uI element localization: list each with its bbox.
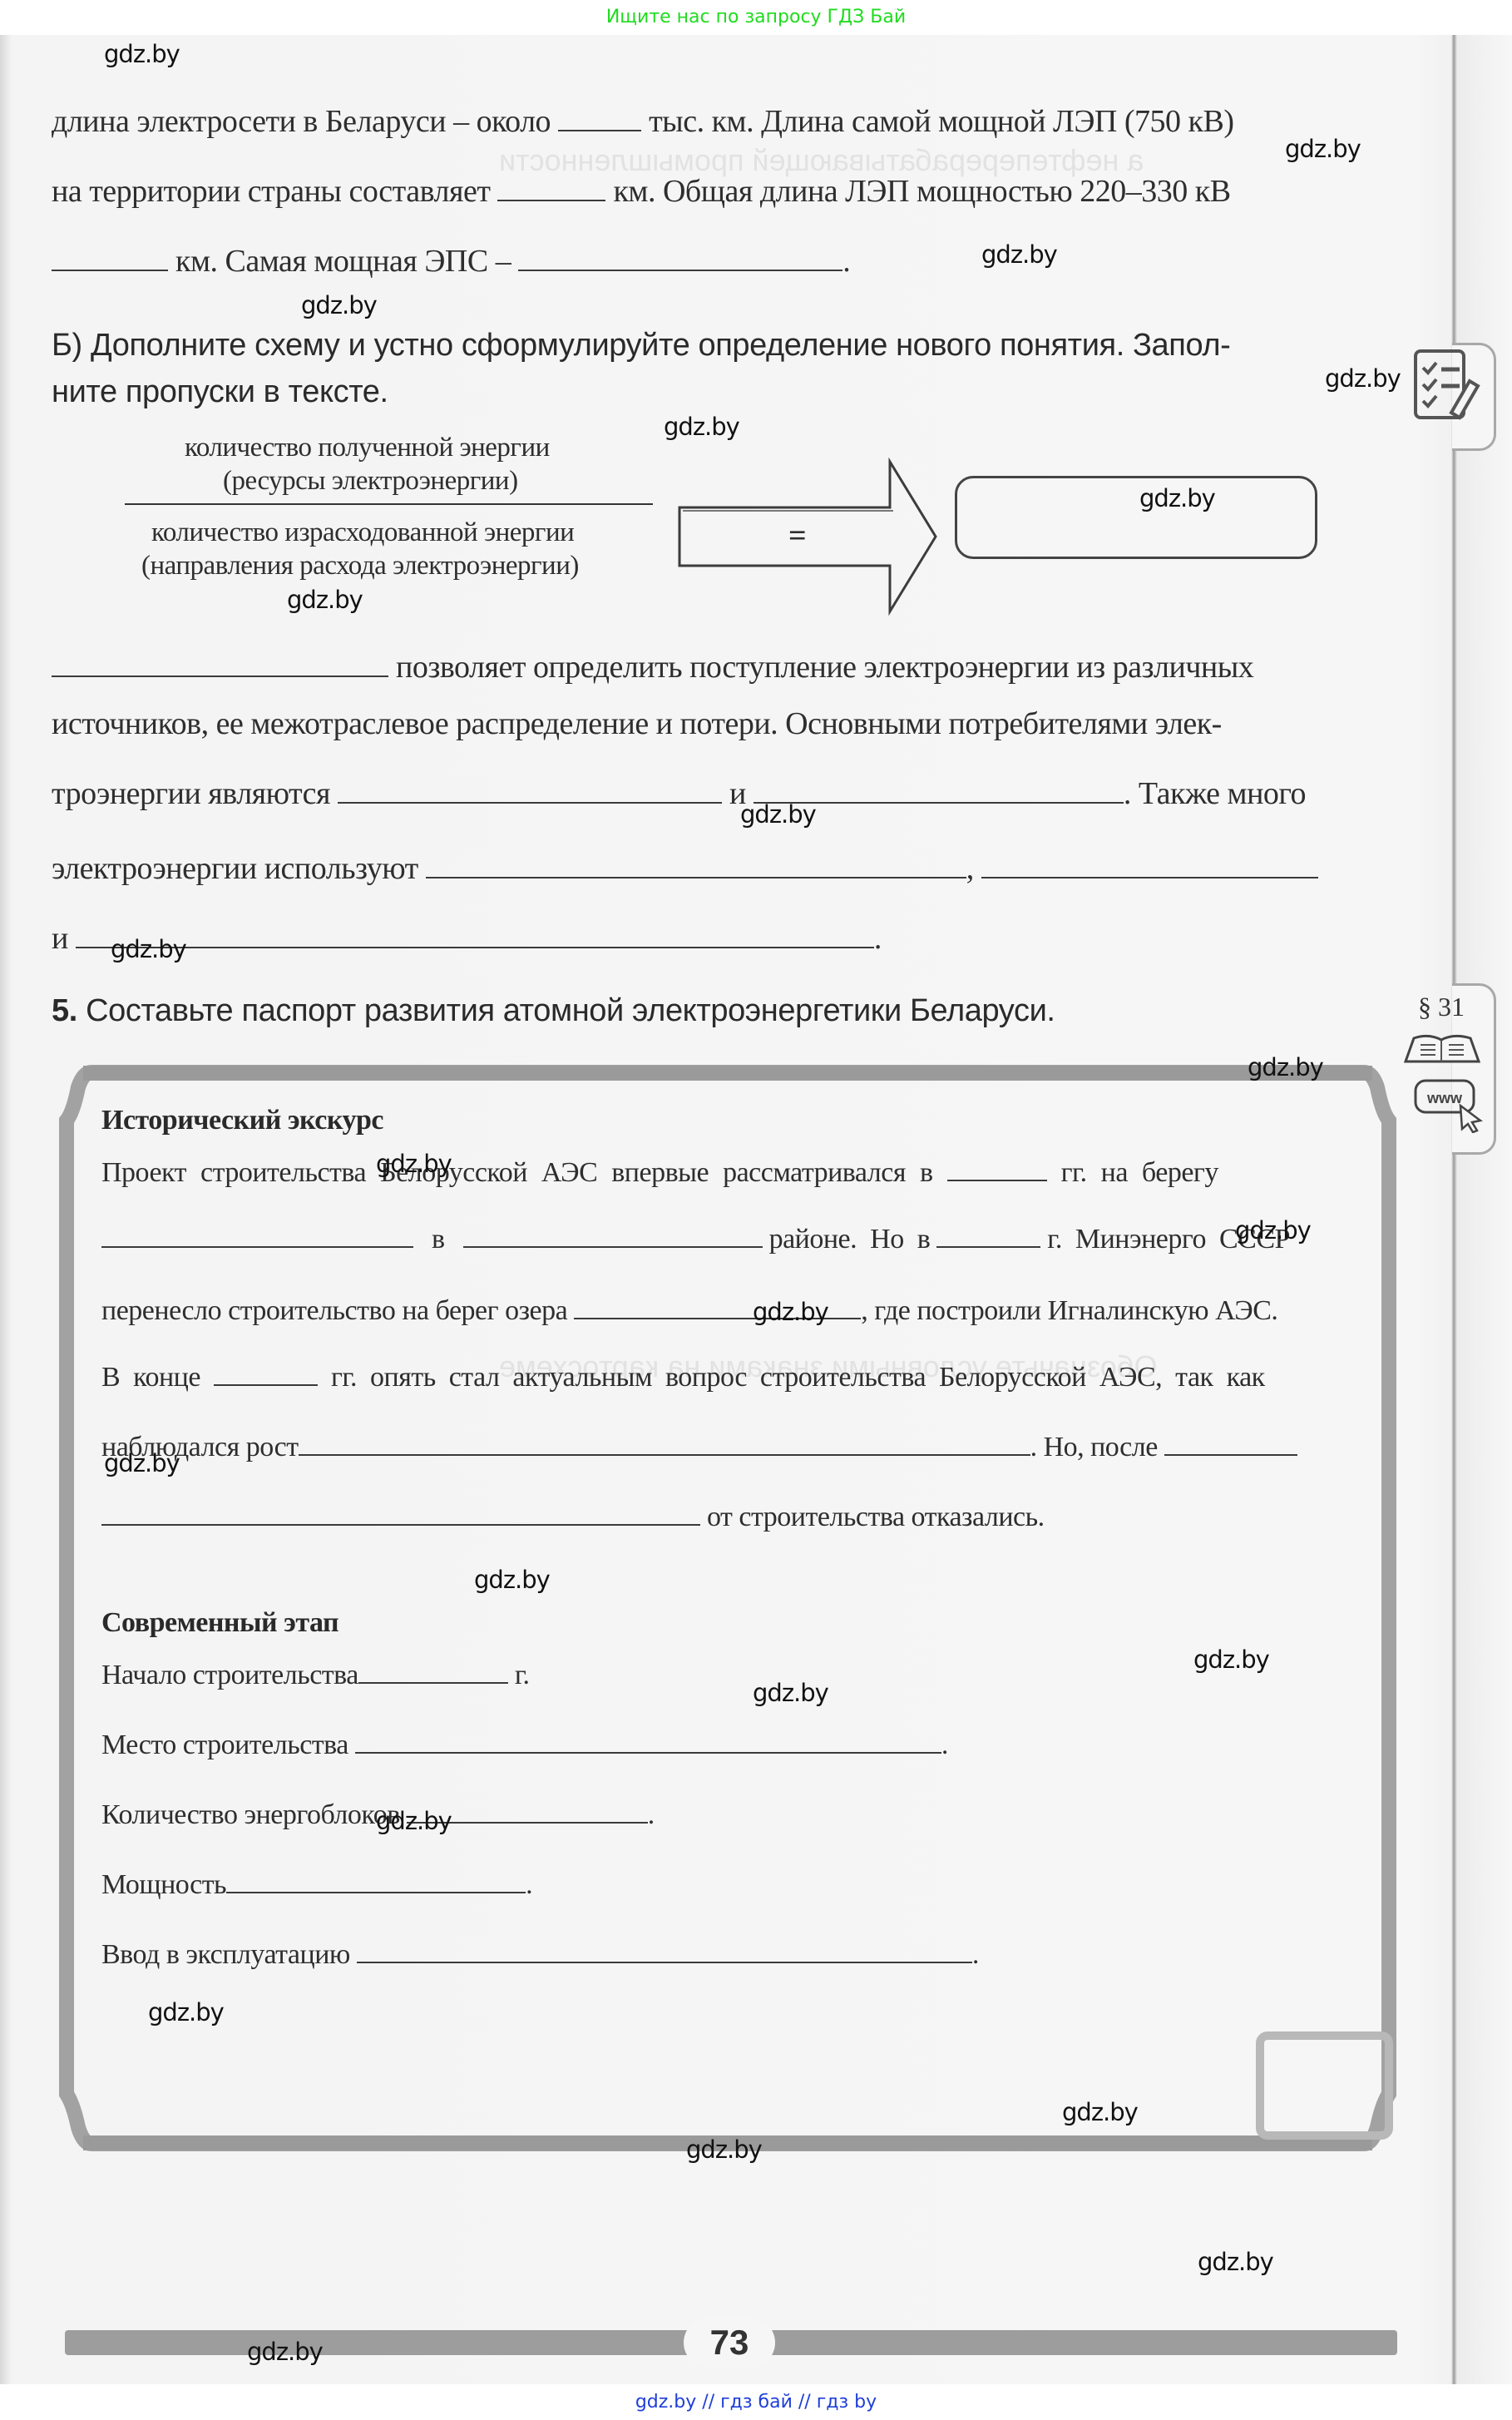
watermark: gdz.by bbox=[753, 1679, 828, 1707]
bottom-banner[interactable]: gdz.by // гдз бай // гдз by bbox=[0, 2384, 1512, 2420]
answer-blank[interactable] bbox=[101, 1221, 413, 1248]
answer-blank[interactable] bbox=[463, 1221, 763, 1248]
checklist-pencil-icon bbox=[1411, 341, 1486, 433]
answer-blank[interactable] bbox=[338, 777, 722, 804]
top-banner[interactable]: Ищите нас по запросу ГДЗ Бай bbox=[0, 0, 1512, 35]
answer-blank[interactable] bbox=[558, 105, 641, 131]
answer-blank[interactable] bbox=[214, 1359, 318, 1386]
text-line: длина электросети в Беларуси – около тыс… bbox=[52, 103, 1233, 140]
answer-blank[interactable] bbox=[52, 245, 168, 271]
fraction-line bbox=[125, 503, 653, 505]
www-link-icon[interactable]: www bbox=[1414, 1079, 1480, 1129]
svg-text:www: www bbox=[1426, 1090, 1463, 1106]
watermark: gdz.by bbox=[981, 240, 1057, 269]
field-capacity: Мощность. bbox=[101, 1867, 532, 1901]
watermark: gdz.by bbox=[1198, 2248, 1273, 2276]
numerator-line1: количество полученной энергии bbox=[185, 433, 550, 463]
answer-blank[interactable] bbox=[76, 922, 874, 948]
watermark: gdz.by bbox=[301, 291, 377, 319]
page-number: 73 bbox=[684, 2318, 775, 2368]
text-line: В конце гг. опять стал актуальным вопрос… bbox=[101, 1359, 1265, 1393]
answer-blank[interactable] bbox=[518, 245, 842, 271]
watermark: gdz.by bbox=[1325, 364, 1401, 393]
watermark: gdz.by bbox=[287, 586, 363, 614]
modern-heading: Современный этап bbox=[101, 1607, 338, 1639]
answer-blank[interactable] bbox=[497, 175, 605, 201]
answer-blank[interactable] bbox=[357, 1937, 972, 1963]
denominator-line2: (направления расхода электроэнергии) bbox=[141, 551, 579, 581]
watermark: gdz.by bbox=[247, 2338, 323, 2366]
watermark: gdz.by bbox=[1248, 1053, 1323, 1081]
watermark: gdz.by bbox=[111, 935, 186, 963]
text-line: наблюдался рост. Но, после bbox=[101, 1429, 1297, 1463]
answer-blank[interactable] bbox=[981, 852, 1318, 878]
workbook-page: а нефтеперерабатывающей промышленности О… bbox=[0, 35, 1512, 2384]
answer-blank[interactable] bbox=[226, 1867, 526, 1893]
watermark: gdz.by bbox=[104, 1449, 180, 1477]
denominator-line1: количество израсходованной энергии bbox=[151, 517, 574, 548]
watermark: gdz.by bbox=[686, 2135, 762, 2164]
watermark: gdz.by bbox=[1235, 1216, 1311, 1245]
watermark: gdz.by bbox=[104, 40, 180, 68]
historical-heading: Исторический экскурс bbox=[101, 1105, 383, 1136]
watermark: gdz.by bbox=[753, 1298, 828, 1326]
open-book-icon[interactable] bbox=[1402, 1033, 1482, 1071]
watermark: gdz.by bbox=[740, 800, 816, 829]
watermark: gdz.by bbox=[474, 1566, 550, 1594]
answer-blank[interactable] bbox=[947, 1155, 1047, 1181]
text-line: в районе. Но в г. Минэнерго СССР bbox=[101, 1221, 1290, 1255]
field-location: Место строительства . bbox=[101, 1727, 948, 1761]
answer-blank[interactable] bbox=[358, 1657, 508, 1684]
equals-sign: = bbox=[788, 517, 806, 554]
answer-blank[interactable] bbox=[1164, 1429, 1297, 1456]
result-concept-box[interactable] bbox=[955, 476, 1317, 559]
field-start-year: Начало строительства г. bbox=[101, 1657, 530, 1691]
field-commissioning: Ввод в эксплуатацию . bbox=[101, 1937, 979, 1971]
answer-blank[interactable] bbox=[936, 1221, 1040, 1248]
watermark: gdz.by bbox=[376, 1150, 452, 1178]
paragraph-reference[interactable]: § 31 bbox=[1418, 992, 1465, 1022]
watermark: gdz.by bbox=[376, 1807, 452, 1835]
watermark: gdz.by bbox=[1193, 1646, 1269, 1674]
answer-blank[interactable] bbox=[426, 852, 966, 878]
text-line: перенесло строительство на берег озера ,… bbox=[101, 1293, 1277, 1327]
equals-arrow-icon bbox=[678, 458, 944, 616]
answer-blank[interactable] bbox=[355, 1727, 941, 1754]
answer-blank[interactable] bbox=[52, 651, 388, 677]
text-line: троэнергии являются и . Также много bbox=[52, 775, 1306, 812]
watermark: gdz.by bbox=[148, 1998, 224, 2027]
text-line: от строительства отказались. bbox=[101, 1499, 1045, 1533]
answer-blank[interactable] bbox=[299, 1429, 1030, 1456]
text-line: км. Самая мощная ЭПС – . bbox=[52, 243, 850, 280]
text-line: позволяет определить поступление электро… bbox=[52, 649, 1253, 685]
watermark: gdz.by bbox=[664, 413, 739, 441]
numerator-line2: (ресурсы электроэнергии) bbox=[223, 466, 518, 497]
notes-icon bbox=[1256, 2032, 1393, 2140]
watermark: gdz.by bbox=[1285, 135, 1361, 163]
text-line: на территории страны составляет км. Обща… bbox=[52, 173, 1231, 210]
instruction-b-line1: Б) Дополните схему и устно сформулируйте… bbox=[52, 328, 1230, 364]
instruction-b-line2: ните пропуски в тексте. bbox=[52, 374, 388, 410]
text-line: источников, ее межотраслевое распределен… bbox=[52, 705, 1222, 742]
watermark: gdz.by bbox=[1062, 2098, 1138, 2126]
text-line: Проект строительства Белорусской АЭС впе… bbox=[101, 1155, 1218, 1189]
task5-title: 5. Составьте паспорт развития атомной эл… bbox=[52, 993, 1055, 1029]
watermark: gdz.by bbox=[1139, 484, 1215, 512]
answer-blank[interactable] bbox=[101, 1499, 700, 1526]
text-line: электроэнергии используют , bbox=[52, 850, 1318, 887]
